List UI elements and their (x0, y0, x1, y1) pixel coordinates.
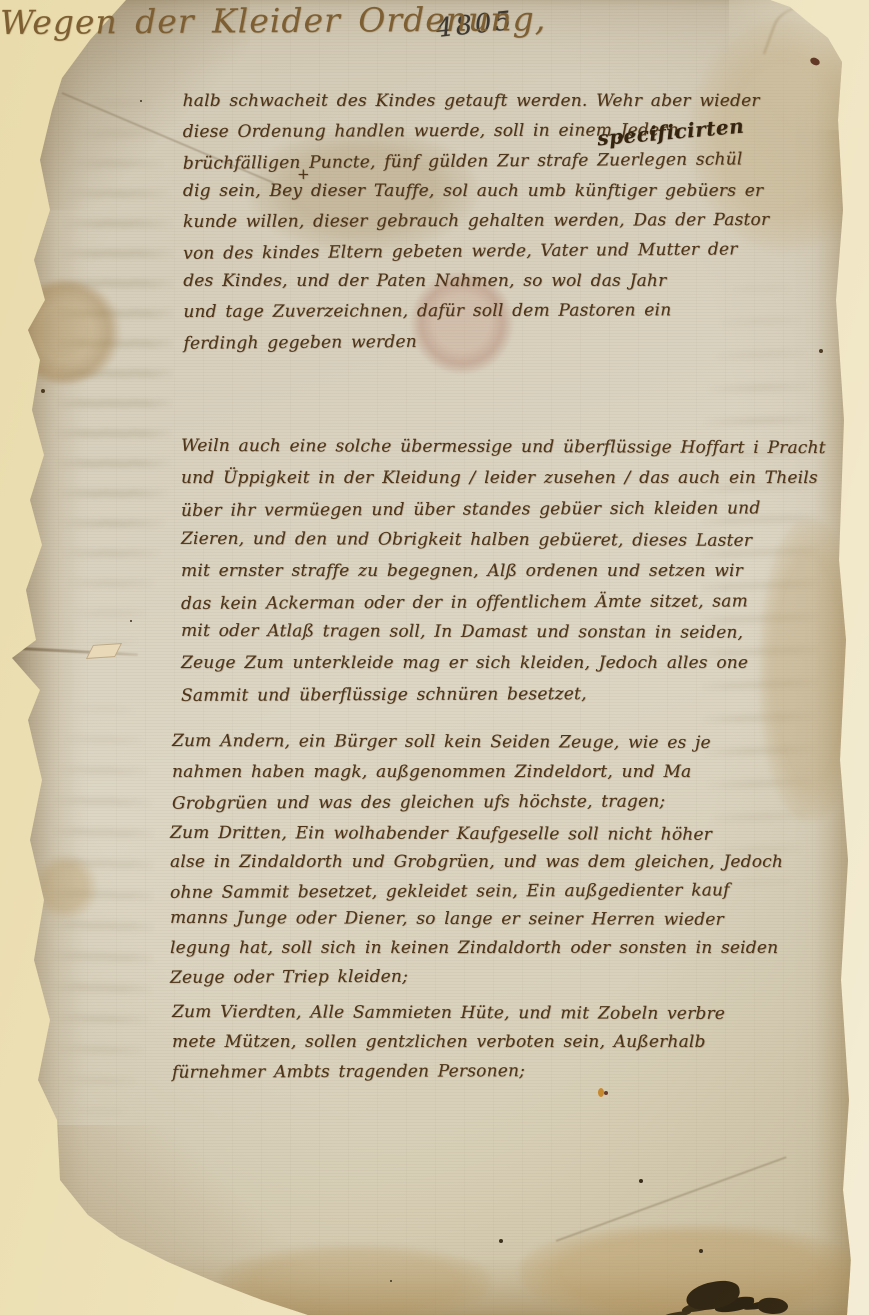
manuscript-line: mete Mützen, sollen gentzlichen verboten… (172, 1028, 725, 1057)
manuscript-line: kunde willen, dieser gebrauch gehalten w… (183, 205, 769, 237)
paragraph-zum-andern: Zum Andern, ein Bürger soll kein Seiden … (172, 727, 711, 817)
manuscript-line: Sammit und überflüssige schnüren besetze… (181, 678, 826, 712)
manuscript-line: manns Junge oder Diener, so lange er sei… (170, 904, 783, 935)
manuscript-line: dig sein, Bey dieser Tauffe, sol auch um… (183, 176, 769, 206)
manuscript-line: ferdingh gegeben werden (183, 324, 769, 359)
manuscript-line: Zum Dritten, Ein wolhabender Kaufgeselle… (170, 819, 783, 850)
manuscript-scan: 4805 halb schwacheit des Kindes getauft … (0, 0, 869, 1315)
manuscript-line: über ihr vermüegen und über standes gebü… (181, 493, 826, 527)
paragraph-zum-vierdten: Zum Vierdten, Alle Sammieten Hüte, und m… (172, 999, 725, 1086)
manuscript-line: Zieren, und den und Obrigkeit halben geb… (181, 524, 826, 557)
manuscript-line: Grobgrüen und was des gleichen ufs höchs… (172, 786, 711, 818)
manuscript-line: und Üppigkeit in der Kleidung / leider z… (181, 463, 826, 494)
manuscript-line: ohne Sammit besetzet, gekleidet sein, Ei… (170, 876, 783, 907)
manuscript-line: legung hat, soll sich in keinen Zindaldo… (170, 934, 783, 962)
handwritten-text-layer: 4805 halb schwacheit des Kindes getauft … (0, 0, 869, 1315)
manuscript-line: Zeuge Zum unterkleide mag er sich kleide… (181, 648, 826, 679)
manuscript-line: mit ernster straffe zu begegnen, Alß ord… (181, 556, 826, 587)
manuscript-line: von des kindes Eltern gebeten werde, Vat… (183, 234, 769, 269)
manuscript-line: und tage Zuverzeichnen, dafür soll dem P… (183, 295, 769, 327)
manuscript-line: Zeuge oder Triep kleiden; (170, 961, 783, 992)
manuscript-line: Zum Andern, ein Bürger soll kein Seiden … (172, 726, 711, 758)
paragraph-clothing-intro: Weiln auch eine solche übermessige und ü… (181, 432, 826, 710)
manuscript-line: das kein Ackerman oder der in offentlich… (181, 586, 826, 620)
manuscript-line: nahmen haben magk, außgenommen Zindeldor… (172, 757, 711, 787)
paragraph-zum-dritten: Zum Dritten, Ein wolhabender Kaufgeselle… (170, 820, 783, 990)
manuscript-line: brüchfälligen Puncte, fünf gülden Zur st… (183, 144, 769, 179)
section-heading: Wegen der Kleider Ordenung, (0, 0, 869, 42)
manuscript-line: halb schwacheit des Kindes getauft werde… (183, 86, 769, 116)
manuscript-line: Zum Vierdten, Alle Sammieten Hüte, und m… (172, 998, 725, 1029)
insertion-caret-mark: + (297, 165, 310, 183)
manuscript-line: fürnehmer Ambts tragenden Personen; (172, 1056, 725, 1087)
manuscript-line: des Kindes, und der Paten Nahmen, so wol… (183, 266, 769, 296)
manuscript-line: alse in Zindaldorth und Grobgrüen, und w… (170, 848, 783, 876)
manuscript-line: Weiln auch eine solche übermessige und ü… (181, 431, 826, 464)
manuscript-line: mit oder Atlaß tragen soll, In Damast un… (181, 616, 826, 649)
